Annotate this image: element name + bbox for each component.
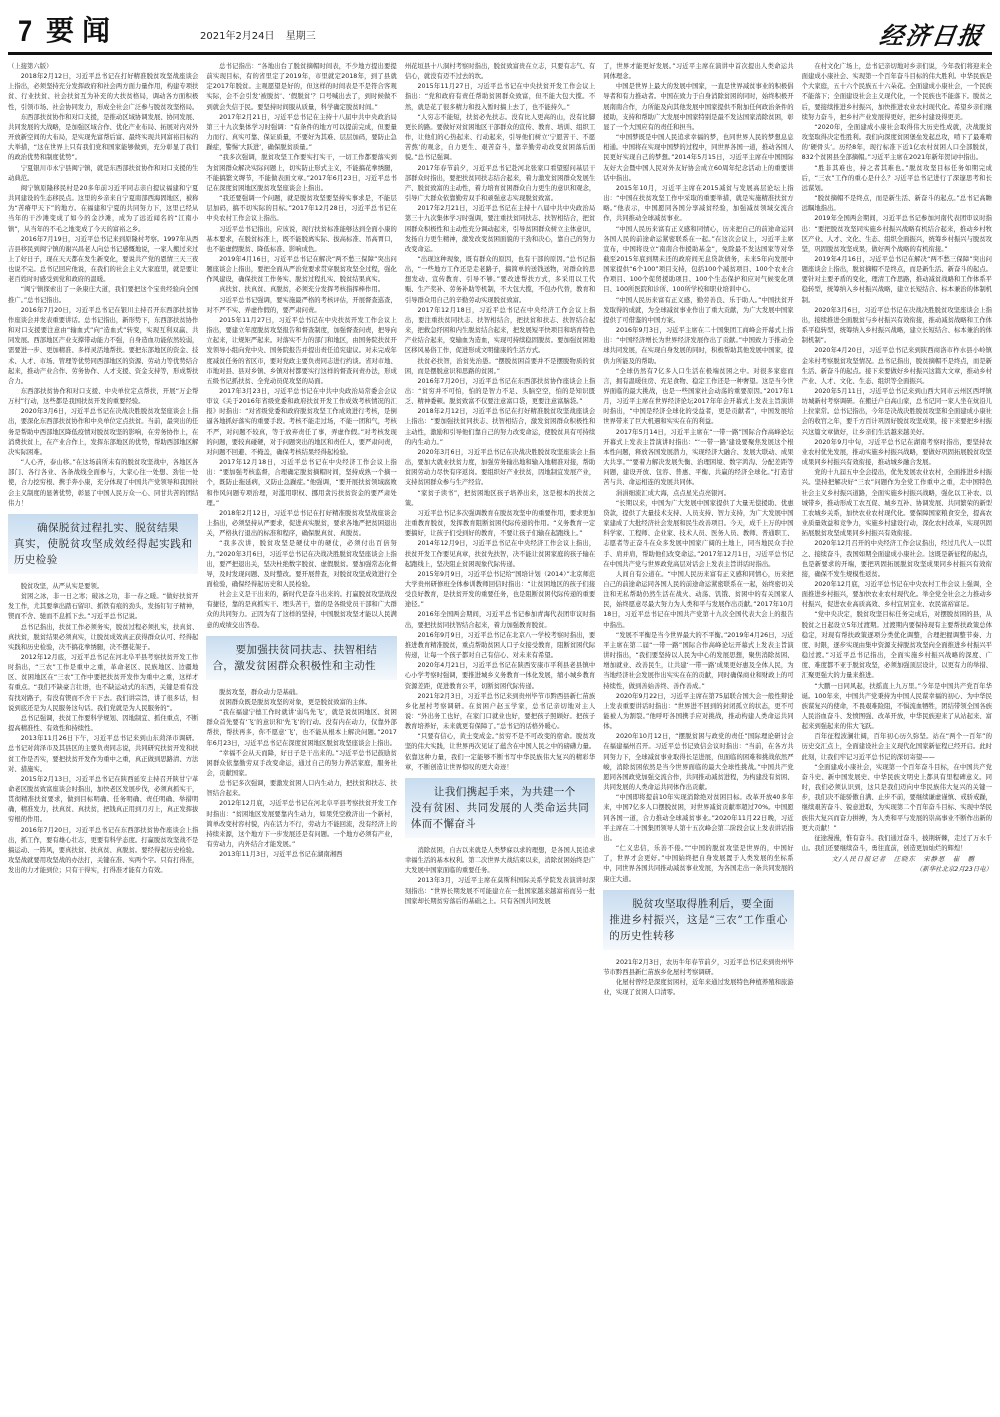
paragraph: “人穷志不能短，扶贫必先扶志。没有比人更高的山，没有比脚更长的路。要做好对贫困地…: [405, 113, 595, 164]
subheading-line-1: 确保脱贫过程扎实、脱贫结果: [14, 520, 192, 536]
paragraph: 2017年12月18日，习近平总书记在中央经济工作会议上指出：“要加强考核监督，…: [206, 458, 396, 509]
subheading-rest: 推进乡村振兴，这是“三农”工作重心的历史性转移: [609, 912, 787, 944]
section-subheading: 要加强扶贫同扶志、扶智相结合，激发贫困群众积极性和主动性: [206, 636, 396, 680]
paragraph: 2020年4月21日，习近平总书记在陕西安康市平利县老县镇中心小学考察时强调，要…: [405, 661, 595, 691]
paragraph: 2015年11月27日，习近平总书记在中央扶贫开发工作会议上指出：“党和政府有责…: [405, 82, 595, 112]
paragraph: 习近平总书记多次强调教育在脱贫攻坚中的重要作用，要求更加注重教育脱贫，发挥教育阻…: [405, 509, 595, 539]
paragraph: 化屋村曾经是深度贫困村，近年来通过发展特色种植养殖和旅游业，实现了贫困人口清零。: [603, 978, 793, 998]
paragraph: “家贫子读书”，把贫困地区孩子培养出来，这是根本的扶贫之策。: [405, 489, 595, 509]
paragraph: 真扶贫、扶真贫、真脱贫，必须充分发挥考核指挥棒作用。: [206, 285, 396, 295]
paragraph: 征途漫漫，惟有奋斗。我们通过奋斗，披荆斩棘，走过了万水千山。我们还要继续奋斗，勇…: [802, 834, 992, 854]
paragraph: 习近平总书记强调，要实施最严格的考核评估，开展督查巡查，对不严不实、弄虚作假的，…: [206, 296, 396, 316]
weekday: 星期三: [286, 31, 316, 42]
paragraph: 2015年11月27日，习近平总书记在中央扶贫开发工作会议上指出，要建立年度脱贫…: [206, 316, 396, 387]
paragraph: 总书记指出，扶贫工作必须务实，脱贫过程必须扎实，扶真贫、真扶贫，脱贫结果必须真实…: [8, 623, 198, 653]
paragraph: 2017年2月21日，习近平总书记在主持十八届中共中央政治局第三十九次集体学习时…: [206, 113, 396, 154]
paragraph: 2017年2月21日，习近平总书记在主持十八届中共中央政治局第三十九次集体学习时…: [405, 204, 595, 255]
paragraph: 总书记多次强调，要激发贫困人口内生动力，把扶贫和扶志、扶智结合起来。: [206, 779, 396, 799]
paragraph: 2017年春节前夕，习近平总书记赴河北张家口看望慰问基层干部群众时指出，要把扶贫…: [405, 164, 595, 205]
paragraph: 州花垣县十八洞村考察时指出，脱贫致富贵在立志，只要有志气、有信心，就没有迈不过去…: [405, 62, 595, 82]
paragraph: 2012年12月底，习近平总书记在河北阜平县考察扶贫开发工作时指出：“贫困地区发…: [206, 799, 396, 850]
paragraph: 2020年4月20日，习近平总书记来到陕西商洛市柞水县小岭镇金米村考察脱贫攻坚情…: [802, 346, 992, 387]
paragraph: “我还要强调一个问题，就是脱贫攻坚要坚持实事求是，不能层层加码，搞不切实际的目标…: [206, 194, 396, 224]
paragraph: 2018年2月12日，习近平总书记在打好精准脱贫攻坚战座谈会上指出，必须坚持从严…: [206, 509, 396, 539]
paragraph: “全球仍然有7亿多人口生活在极端贫困之中。对很多家庭而言，拥有温暖住房、充足食物…: [603, 367, 793, 428]
paragraph: “胜非其难也，持之者其难也。”脱贫攻坚目标任务如期完成后，“三农”工作的重心是什…: [802, 164, 992, 194]
newspaper-logo: 经济日报: [878, 16, 987, 51]
paragraph: 社会主义是干出来的，新时代是奋斗出来的。打赢脱贫攻坚战没有捷径，靠的是真抓实干、…: [206, 590, 396, 631]
paragraph: 2015年10月，习近平主席在2015减贫与发展高层论坛上指出：“中国在扶贫攻坚…: [603, 184, 793, 225]
paragraph: 2018年2月12日，习近平总书记在打好精准脱贫攻坚战座谈会上指出：“要加强扶贫…: [405, 407, 595, 448]
masthead: 7 要闻 2021年2月24日 星期三 经济日报: [8, 0, 992, 54]
paragraph: 东西部扶贫协作和对口支援，是推动区域协调发展、协同发展、共同发展的大战略，是加强…: [8, 113, 198, 164]
paragraph: 2016年7月20日，习近平总书记在东西部扶贫协作座谈会上指出：“贫穷并不可怕，…: [405, 377, 595, 407]
paragraph: 2016年7月19日，习近平总书记来到原隆村考察。1997年从西吉县移民到闽宁镇…: [8, 235, 198, 286]
paragraph: 扶贫必扶智，治贫先治愚。“摆脱贫困首要并不是摆脱物质的贫困，而是摆脱意识和思路的…: [405, 357, 595, 377]
paragraph: 消除贫困，自古以来就是人类梦寐以求的理想，是各国人民追求幸福生活的基本权利。第二…: [405, 846, 595, 876]
paragraph: 2017年3月23日，习近平总书记在中共中央政治局常委会会议审议《关于2016年…: [206, 387, 396, 458]
paragraph: 人间自有公道在。“中国人民历来富有正义感和同情心，历来把自己的前途命运同各国人民…: [603, 570, 793, 631]
paragraph: “中国人民历来富有正义感和同情心，历来把自己的前途命运同各国人民的前途命运紧密联…: [603, 225, 793, 296]
subheading-line-1: 脱贫攻坚取得胜利后，要全面: [609, 896, 787, 912]
paragraph: “全面建成小康社会，实现第一个百年奋斗目标，在中国共产党奋斗史、新中国发展史、中…: [802, 763, 992, 834]
paragraph: 总书记指出：“各地出台了脱贫摘帽时间表，不少地方提出要提前实现目标，有的省里定了…: [206, 62, 396, 113]
paragraph: 2021年2月3日，农历牛年春节前夕，习近平总书记来到贵州毕节市黔西县新仁苗族乡…: [603, 958, 793, 978]
paragraph: “中国即将提前10年实现消除绝对贫困目标。改革开放40多年来，中国7亿多人口摆脱…: [603, 793, 793, 844]
paragraph: “我在福建宁德工作时就讲‘弱鸟先飞’，就是说贫困地区、贫困群众首先要有‘飞’的意…: [206, 708, 396, 749]
section-title: 要闻: [46, 14, 118, 48]
paragraph: “中国人民历来富有正义感，勤劳善良、乐于助人。”中国扶贫开发取得的成就，为全球减…: [603, 296, 793, 326]
paragraph: 习近平总书记指出，应该说，现行扶贫标准能够达到全面小康的基本要求，在脱贫标准上，…: [206, 225, 396, 255]
paragraph: 2020年5月11日，习近平总书记来到山西大同市云州区西坪镇坊城新村考察调研。在…: [802, 387, 992, 438]
paragraph: 贫困群众既是脱贫攻坚的对象，更是脱贫致富的主体。: [206, 698, 396, 708]
paragraph: 2020年3月6日，习近平总书记在决战决胜脱贫攻坚座谈会上指出，要深化东西部扶贫…: [8, 407, 198, 458]
paragraph: “大鹏一日同风起，扶摇直上九万里。”今年是中国共产党百年华诞。100年来，中国共…: [802, 682, 992, 733]
column-5: 在村文化广场上，总书记亲切地对乡亲们说，今年我们将迎来全面建成小康社会、实现第一…: [802, 62, 992, 1412]
paragraph: “发展不平衡是当今世界最大的不平衡。”2019年4月26日，习近平主席在第二届“…: [603, 631, 793, 692]
paragraph: 2020年3月6日，习近平总书记在决战决胜脱贫攻坚座谈会上指出，接续推进全面脱贫…: [802, 306, 992, 347]
paragraph: 2018年2月12日，习近平总书记在打好精准脱贫攻坚战座谈会上指出，必须坚持充分…: [8, 72, 198, 113]
author-byline: 文/人民日报记者 汪晓东 宋静思 崔 鹏: [802, 854, 992, 864]
paragraph: 2013年11月3日，习近平总书记在湖南湘西: [206, 850, 396, 860]
paragraph: “幸福不会从天而降，好日子是干出来的。”习近平总书记鼓励贫困群众依靠勤劳双手改变…: [206, 749, 396, 779]
paragraph: 脱贫攻坚，群众动力是基础。: [206, 688, 396, 698]
paragraph: “出现这种现象，既有群众的原因，也有干部的原因。”总书记指出，“一些地方工作还是…: [405, 255, 595, 306]
paragraph: 贫困之冰，非一日之寒；破冰之功，非一春之暖。“做好扶贫开发工作，尤其要拿出踏石留…: [8, 592, 198, 622]
subheading-rest: 没有贫困、共同发展的人类命运共同体而不懈奋斗: [411, 800, 589, 832]
paragraph: 2020年9月22日，习近平主席在第75届联合国大会一般性辩论上发表重要讲话时指…: [603, 692, 793, 733]
paragraph: 脱贫攻坚，从严从实是要领。: [8, 582, 198, 592]
paragraph: 党的十九届五中全会提出，优先发展农业农村，全面推进乡村振兴。坚持把解决好“三农”…: [802, 468, 992, 539]
paragraph: 2020年3月6日，习近平总书记在决战决胜脱贫攻坚座谈会上指出，要加大就业扶贫力…: [405, 448, 595, 489]
paragraph: 2016年9月3日，习近平主席在二十国集团工商峰会开幕式上指出：“中国经济增长为…: [603, 326, 793, 367]
paragraph: “人心齐，泰山移。”在这场前所未有的脱贫攻坚战中，各地区各部门、各行各业、各条战…: [8, 458, 198, 509]
paragraph: 2017年12月18日，习近平总书记在中央经济工作会议上指出，要注重扶贫同扶志、…: [405, 306, 595, 357]
paragraph: 2015年2月13日，习近平总书记在陕西延安主持召开陕甘宁革命老区脱贫致富座谈会…: [8, 775, 198, 826]
paragraph: 2020年12月召开的中央经济工作会议指出，经过几代人一以贯之、接续奋斗，我国如…: [802, 539, 992, 580]
paragraph: 2015年9月9日，习近平总书记给“国培计划（2014）”北京师范大学贵州研修班…: [405, 570, 595, 611]
paragraph: 闽宁镇原隆移民村是20多年前习近平同志亲自提议福建和宁夏共同建设的生态移民点。这…: [8, 184, 198, 235]
paragraph: 2016年7月20日，习近平总书记在东西部扶贫协作座谈会上指出，抓工作，要有雄心…: [8, 826, 198, 877]
paragraph: 在村文化广场上，总书记亲切地对乡亲们说，今年我们将迎来全面建成小康社会、实现第一…: [802, 62, 992, 123]
paragraph: “闽宁镇探索出了一条康庄大道，我们要把这个宝贵经验向全国推广。”总书记指出。: [8, 285, 198, 305]
paragraph: 2014年12月9日，习近平总书记在中央经济工作会议上指出，扶贫开发工作要见真章…: [405, 539, 595, 569]
paragraph: 2020年9月中旬，习近平总书记在湖南考察时指出，要坚持农业农村优先发展，推动实…: [802, 438, 992, 468]
paragraph: 2016年9月9日，习近平总书记在北京八一学校考察时指出，要推进教育精准脱贫，重…: [405, 631, 595, 661]
paragraph: 2021年2月3日，习近平总书记来到贵州毕节市黔西县新仁苗族乡化屋村考察调研。在…: [405, 692, 595, 733]
paragraph: 涓涓细流汇成大海，点点星光点亮银河。: [603, 489, 793, 499]
issue-date: 2021年2月24日 星期三: [200, 30, 324, 44]
paragraph: 2012年12月底，习近平总书记在河北阜平县考察扶贫开发工作时指出，“三农”工作…: [8, 653, 198, 714]
subheading-rest: 真实，使脱贫攻坚成效经得起实践和历史检验: [14, 536, 192, 568]
column-4: 了，世界才能更好发展。”习近平主席在演讲中首次提出人类命运共同体理念。中国是世界…: [603, 62, 793, 1412]
subheading-rest: 合，激发贫困群众积极性和主动性: [212, 658, 390, 674]
paragraph: “党中央决定，脱贫攻坚目标任务完成后，对摆脱贫困的县，从脱贫之日起设立5年过渡期…: [802, 610, 992, 681]
paragraph: 总书记强调，扶贫工作要科学规划、因地制宜、抓住重点，不断提高精准性、有效性和持续…: [8, 714, 198, 734]
paragraph: 了，世界才能更好发展。”习近平主席在演讲中首次提出人类命运共同体理念。: [603, 62, 793, 82]
subheading-line-1: 让我们携起手来，为共建一个: [411, 784, 589, 800]
paragraph: “只要有信心，黄土变成金。”贫穷不是不可改变的宿命。脱贫攻坚的伟大实践，让世界再…: [405, 732, 595, 773]
page-number: 7: [18, 16, 32, 48]
paragraph: 东西部扶贫协作和对口支援、中央单位定点帮扶，开展“万企帮万村”行动，这些都是我国…: [8, 387, 198, 407]
paragraph: “2020年，全面建成小康社会取得伟大历史性成就，决战脱贫攻坚取得决定性胜利。我…: [802, 123, 992, 164]
paragraph: 2017年5月14日，习近平主席在“一带一路”国际合作高峰论坛开幕式上发表主旨演…: [603, 428, 793, 489]
paragraph: 2020年12月底，习近平总书记在中央农村工作会议上强调，全面推进乡村振兴，要加…: [802, 580, 992, 610]
paragraph: 2019年4月16日，习近平总书记在解决“两不愁三保障”突出问题座谈会上指出，脱…: [802, 255, 992, 306]
section-subheading: 确保脱贫过程扎实、脱贫结果真实，使脱贫攻坚成效经得起实践和历史检验: [8, 514, 198, 574]
paragraph: 2019年4月16日，习近平总书记在解决“两不愁三保障”突出问题座谈会上指出，要…: [206, 255, 396, 285]
paragraph: （上接第六版）: [8, 62, 198, 72]
paragraph: 中国是世界上最大的发展中国家，一直是世界减贫事业的积极倡导者和有力推动者。中国在…: [603, 82, 793, 133]
news-dateline: （新华社北京2月23日电）: [802, 864, 992, 874]
paragraph: “脱贫摘帽不是终点，而是新生活、新奋斗的起点。”总书记高瞻远瞩地指出。: [802, 194, 992, 214]
paragraph: 2019年全国两会期间，习近平总书记参加河南代表团审议时指出：“要把脱贫攻坚同实…: [802, 214, 992, 255]
date: 2021年2月24日: [200, 31, 275, 42]
paragraph: 2020年10月12日，“摆脱贫困与政党的责任”国际理论研讨会在福建福州召开。习…: [603, 732, 793, 793]
paragraph: “长期以来，中国为广大发展中国家提供了大量无偿援助、优惠贷款，提供了大量技术支持…: [603, 499, 793, 570]
paragraph: “中国梦既是中国人民追求幸福的梦，也同世界人民的梦想息息相通。中国将在实现中国梦…: [603, 133, 793, 184]
section-subheading: 让我们携起手来，为共建一个没有贫困、共同发展的人类命运共同体而不懈奋斗: [405, 778, 595, 838]
paragraph: 百年征程波澜壮阔，百年初心历久弥坚。站在“两个一百年”的历史交汇点上，全面建设社…: [802, 732, 992, 762]
paragraph: “我多次讲，脱贫攻坚是硬仗中的硬仗，必须付出百倍努力。”2020年3月6日，习近…: [206, 539, 396, 590]
paragraph: 宁夏银川市永宁县闽宁镇，就是东西部扶贫协作和对口支援的生动典范。: [8, 164, 198, 184]
paragraph: 2016年7月20日，习近平总书记在银川主持召开东西部扶贫协作座谈会并发表重要讲…: [8, 306, 198, 387]
subheading-line-1: 要加强扶贫同扶志、扶智相结: [212, 642, 390, 658]
section-subheading: 脱贫攻坚取得胜利后，要全面推进乡村振兴，这是“三农”工作重心的历史性转移: [603, 890, 793, 950]
column-2: 总书记指出：“各地出台了脱贫摘帽时间表，不少地方提出要提前实现目标，有的省里定了…: [206, 62, 396, 1412]
header-rule: [8, 52, 992, 55]
paragraph: “我多次强调，脱贫攻坚工作要实打实干，一切工作都要落实到为贫困群众解决实际问题上…: [206, 153, 396, 194]
paragraph: “仁义忠信，乐善不倦。”“中国的脱贫攻坚是世界的，中国好了，世界才会更好。”中国…: [603, 844, 793, 885]
paragraph: 2013年11月26日下午，习近平总书记来到山东菏泽市调研。总书记对菏泽市及其县…: [8, 734, 198, 775]
column-1: （上接第六版）2018年2月12日，习近平总书记在打好精准脱贫攻坚战座谈会上指出…: [8, 62, 198, 1412]
column-3: 州花垣县十八洞村考察时指出，脱贫致富贵在立志，只要有志气、有信心，就没有迈不过去…: [405, 62, 595, 1412]
paragraph: 2016年全国两会期间，习近平总书记参加青海代表团审议时指出，要把扶贫同扶智结合…: [405, 610, 595, 630]
paragraph: 2013年3月，习近平主席在莫斯科国际关系学院发表演讲时深刻指出：“世界长期发展…: [405, 876, 595, 906]
article-columns: （上接第六版）2018年2月12日，习近平总书记在打好精准脱贫攻坚战座谈会上指出…: [8, 62, 992, 1412]
